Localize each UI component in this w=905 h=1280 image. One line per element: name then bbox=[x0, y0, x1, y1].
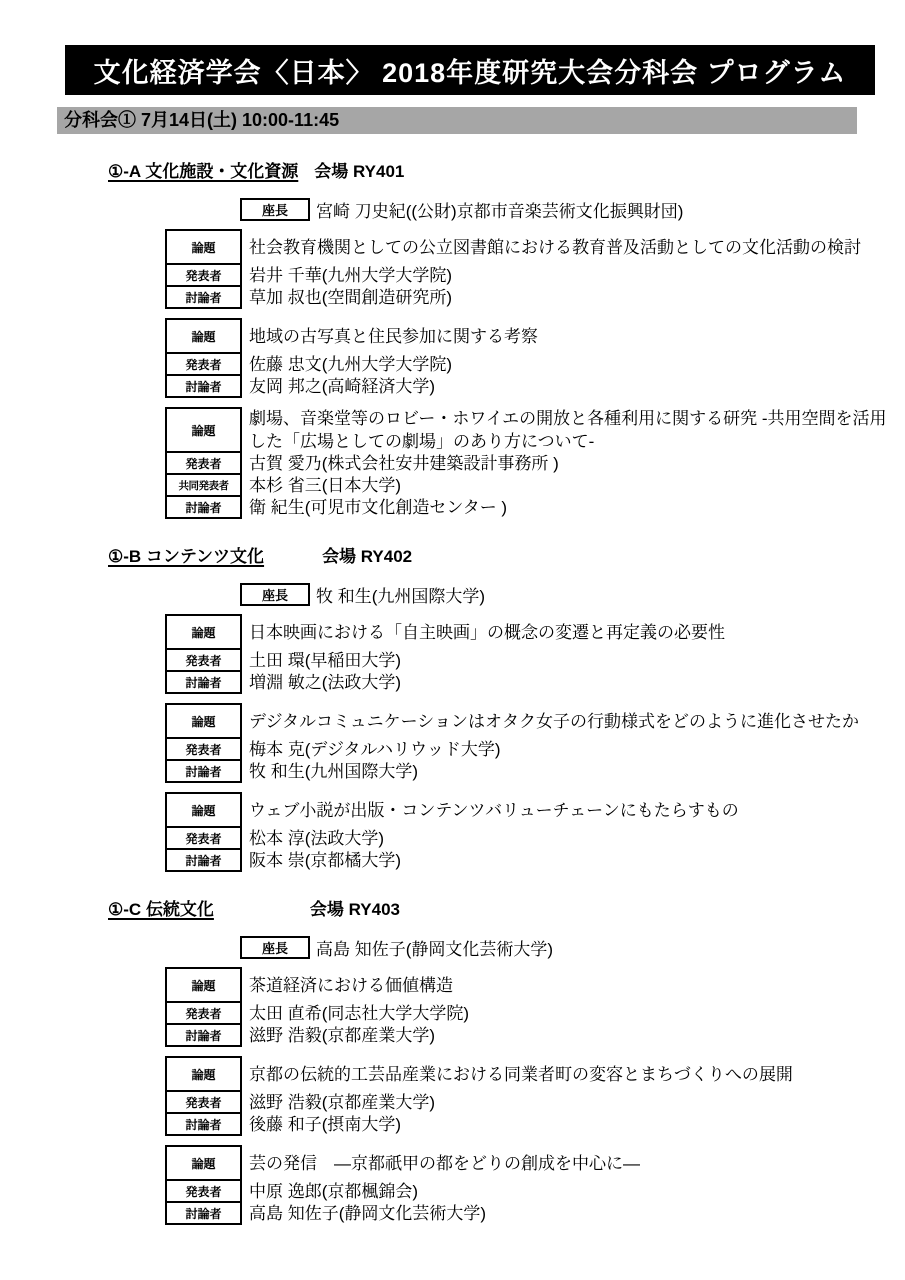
topic-label: 論題 bbox=[165, 1145, 242, 1181]
presenter-name: 梅本 克(デジタルハリウッド大学) bbox=[242, 739, 501, 761]
chair-label: 座長 bbox=[240, 936, 310, 959]
presenter-name: 岩井 千華(九州大学大学院) bbox=[242, 265, 452, 287]
discussant-name: 高島 知佐子(静岡文化芸術大学) bbox=[242, 1203, 486, 1225]
topic-text: 劇場、音楽堂等のロビー・ホワイエの開放と各種利用に関する研究 -共用空間を活用し… bbox=[242, 407, 889, 453]
presenter-name: 太田 直希(同志社大学大学院) bbox=[242, 1003, 469, 1025]
venue-label: 会場 RY402 bbox=[322, 547, 412, 566]
chair-row: 座長 牧 和生(九州国際大学) bbox=[240, 582, 905, 607]
paper-block: 論題 地域の古写真と住民参加に関する考察 発表者 佐藤 忠文(九州大学大学院) … bbox=[165, 318, 905, 398]
topic-text: 芸の発信 —京都祇甲の都をどりの創成を中心に— bbox=[242, 1145, 640, 1181]
presenter-label: 発表者 bbox=[165, 828, 242, 850]
papers-list: 論題 日本映画における「自主映画」の概念の変遷と再定義の必要性 発表者 土田 環… bbox=[165, 614, 905, 872]
section-heading: ①-C 伝統文化会場 RY403 bbox=[108, 898, 905, 921]
discussant-label: 討論者 bbox=[165, 1025, 242, 1047]
topic-label: 論題 bbox=[165, 1056, 242, 1092]
presenter-label: 発表者 bbox=[165, 1092, 242, 1114]
chair-row: 座長 宮崎 刀史紀((公財)京都市音楽芸術文化振興財団) bbox=[240, 197, 905, 222]
discussant-label: 討論者 bbox=[165, 1114, 242, 1136]
topic-text: 社会教育機関としての公立図書館における教育普及活動としての文化活動の検討 bbox=[242, 229, 861, 265]
presenter-name: 中原 逸郎(京都楓錦会) bbox=[242, 1181, 418, 1203]
program-page: 文化経済学会〈日本〉 2018年度研究大会分科会 プログラム 分科会① 7月14… bbox=[0, 0, 905, 1280]
paper-block: 論題 社会教育機関としての公立図書館における教育普及活動としての文化活動の検討 … bbox=[165, 229, 905, 309]
document-title-bar: 文化経済学会〈日本〉 2018年度研究大会分科会 プログラム bbox=[65, 45, 875, 95]
papers-list: 論題 茶道経済における価値構造 発表者 太田 直希(同志社大学大学院) 討論者 … bbox=[165, 967, 905, 1225]
presenter-label: 発表者 bbox=[165, 650, 242, 672]
presenter-label: 発表者 bbox=[165, 265, 242, 287]
presenter-name: 土田 環(早稲田大学) bbox=[242, 650, 401, 672]
topic-text: 京都の伝統的工芸品産業における同業者町の変容とまちづくりへの展開 bbox=[242, 1056, 793, 1092]
section-title: ①-B コンテンツ文化 bbox=[108, 547, 264, 566]
presenter-label: 発表者 bbox=[165, 1003, 242, 1025]
co-presenter-name: 本杉 省三(日本大学) bbox=[242, 475, 401, 497]
discussant-label: 討論者 bbox=[165, 850, 242, 872]
topic-label: 論題 bbox=[165, 229, 242, 265]
paper-block: 論題 日本映画における「自主映画」の概念の変遷と再定義の必要性 発表者 土田 環… bbox=[165, 614, 905, 694]
session-info: 分科会① 7月14日(土) 10:00-11:45 bbox=[64, 110, 339, 130]
section-heading: ①-B コンテンツ文化会場 RY402 bbox=[108, 545, 905, 568]
presenter-name: 松本 淳(法政大学) bbox=[242, 828, 384, 850]
program-content: ①-A 文化施設・文化資源会場 RY401 座長 宮崎 刀史紀((公財)京都市音… bbox=[0, 150, 905, 1234]
topic-text: 茶道経済における価値構造 bbox=[242, 967, 453, 1003]
discussant-name: 阪本 崇(京都橘大学) bbox=[242, 850, 401, 872]
topic-label: 論題 bbox=[165, 703, 242, 739]
section-1a: ①-A 文化施設・文化資源会場 RY401 座長 宮崎 刀史紀((公財)京都市音… bbox=[0, 160, 905, 519]
topic-text: デジタルコミュニケーションはオタク女子の行動様式をどのように進化させたか bbox=[242, 703, 859, 739]
presenter-name: 滋野 浩毅(京都産業大学) bbox=[242, 1092, 435, 1114]
chair-label: 座長 bbox=[240, 583, 310, 606]
presenter-label: 発表者 bbox=[165, 453, 242, 475]
presenter-label: 発表者 bbox=[165, 1181, 242, 1203]
document-title: 文化経済学会〈日本〉 2018年度研究大会分科会 プログラム bbox=[94, 51, 847, 90]
section-title: ①-C 伝統文化 bbox=[108, 900, 214, 919]
section-title: ①-A 文化施設・文化資源 bbox=[108, 162, 298, 181]
topic-text: 日本映画における「自主映画」の概念の変遷と再定義の必要性 bbox=[242, 614, 725, 650]
chair-name: 高島 知佐子(静岡文化芸術大学) bbox=[316, 935, 553, 960]
venue-label: 会場 RY403 bbox=[310, 900, 400, 919]
papers-list: 論題 社会教育機関としての公立図書館における教育普及活動としての文化活動の検討 … bbox=[165, 229, 905, 519]
discussant-name: 増淵 敏之(法政大学) bbox=[242, 672, 401, 694]
presenter-label: 発表者 bbox=[165, 739, 242, 761]
presenter-label: 発表者 bbox=[165, 354, 242, 376]
discussant-label: 討論者 bbox=[165, 376, 242, 398]
topic-label: 論題 bbox=[165, 967, 242, 1003]
chair-name: 宮崎 刀史紀((公財)京都市音楽芸術文化振興財団) bbox=[316, 197, 683, 222]
discussant-label: 討論者 bbox=[165, 761, 242, 783]
co-presenter-label: 共同発表者 bbox=[165, 475, 242, 497]
discussant-label: 討論者 bbox=[165, 672, 242, 694]
chair-row: 座長 高島 知佐子(静岡文化芸術大学) bbox=[240, 935, 905, 960]
discussant-name: 衛 紀生(可児市文化創造センター ) bbox=[242, 497, 507, 519]
discussant-name: 後藤 和子(摂南大学) bbox=[242, 1114, 401, 1136]
discussant-name: 友岡 邦之(高崎経済大学) bbox=[242, 376, 435, 398]
paper-block: 論題 京都の伝統的工芸品産業における同業者町の変容とまちづくりへの展開 発表者 … bbox=[165, 1056, 905, 1136]
discussant-label: 討論者 bbox=[165, 497, 242, 519]
presenter-name: 古賀 愛乃(株式会社安井建築設計事務所 ) bbox=[242, 453, 559, 475]
discussant-label: 討論者 bbox=[165, 287, 242, 309]
topic-label: 論題 bbox=[165, 318, 242, 354]
topic-text: 地域の古写真と住民参加に関する考察 bbox=[242, 318, 538, 354]
section-1b: ①-B コンテンツ文化会場 RY402 座長 牧 和生(九州国際大学) 論題 日… bbox=[0, 545, 905, 872]
section-1c: ①-C 伝統文化会場 RY403 座長 高島 知佐子(静岡文化芸術大学) 論題 … bbox=[0, 898, 905, 1225]
topic-label: 論題 bbox=[165, 614, 242, 650]
section-heading: ①-A 文化施設・文化資源会場 RY401 bbox=[108, 160, 905, 183]
discussant-label: 討論者 bbox=[165, 1203, 242, 1225]
paper-block: 論題 ウェブ小説が出版・コンテンツバリューチェーンにもたらすもの 発表者 松本 … bbox=[165, 792, 905, 872]
chair-name: 牧 和生(九州国際大学) bbox=[316, 582, 485, 607]
topic-label: 論題 bbox=[165, 792, 242, 828]
chair-label: 座長 bbox=[240, 198, 310, 221]
topic-label: 論題 bbox=[165, 407, 242, 453]
paper-block: 論題 デジタルコミュニケーションはオタク女子の行動様式をどのように進化させたか … bbox=[165, 703, 905, 783]
session-bar: 分科会① 7月14日(土) 10:00-11:45 bbox=[57, 107, 857, 134]
paper-block: 論題 芸の発信 —京都祇甲の都をどりの創成を中心に— 発表者 中原 逸郎(京都楓… bbox=[165, 1145, 905, 1225]
presenter-name: 佐藤 忠文(九州大学大学院) bbox=[242, 354, 452, 376]
paper-block: 論題 劇場、音楽堂等のロビー・ホワイエの開放と各種利用に関する研究 -共用空間を… bbox=[165, 407, 905, 519]
topic-text: ウェブ小説が出版・コンテンツバリューチェーンにもたらすもの bbox=[242, 792, 739, 828]
venue-label: 会場 RY401 bbox=[314, 162, 404, 181]
paper-block: 論題 茶道経済における価値構造 発表者 太田 直希(同志社大学大学院) 討論者 … bbox=[165, 967, 905, 1047]
discussant-name: 草加 叔也(空間創造研究所) bbox=[242, 287, 452, 309]
discussant-name: 滋野 浩毅(京都産業大学) bbox=[242, 1025, 435, 1047]
discussant-name: 牧 和生(九州国際大学) bbox=[242, 761, 418, 783]
